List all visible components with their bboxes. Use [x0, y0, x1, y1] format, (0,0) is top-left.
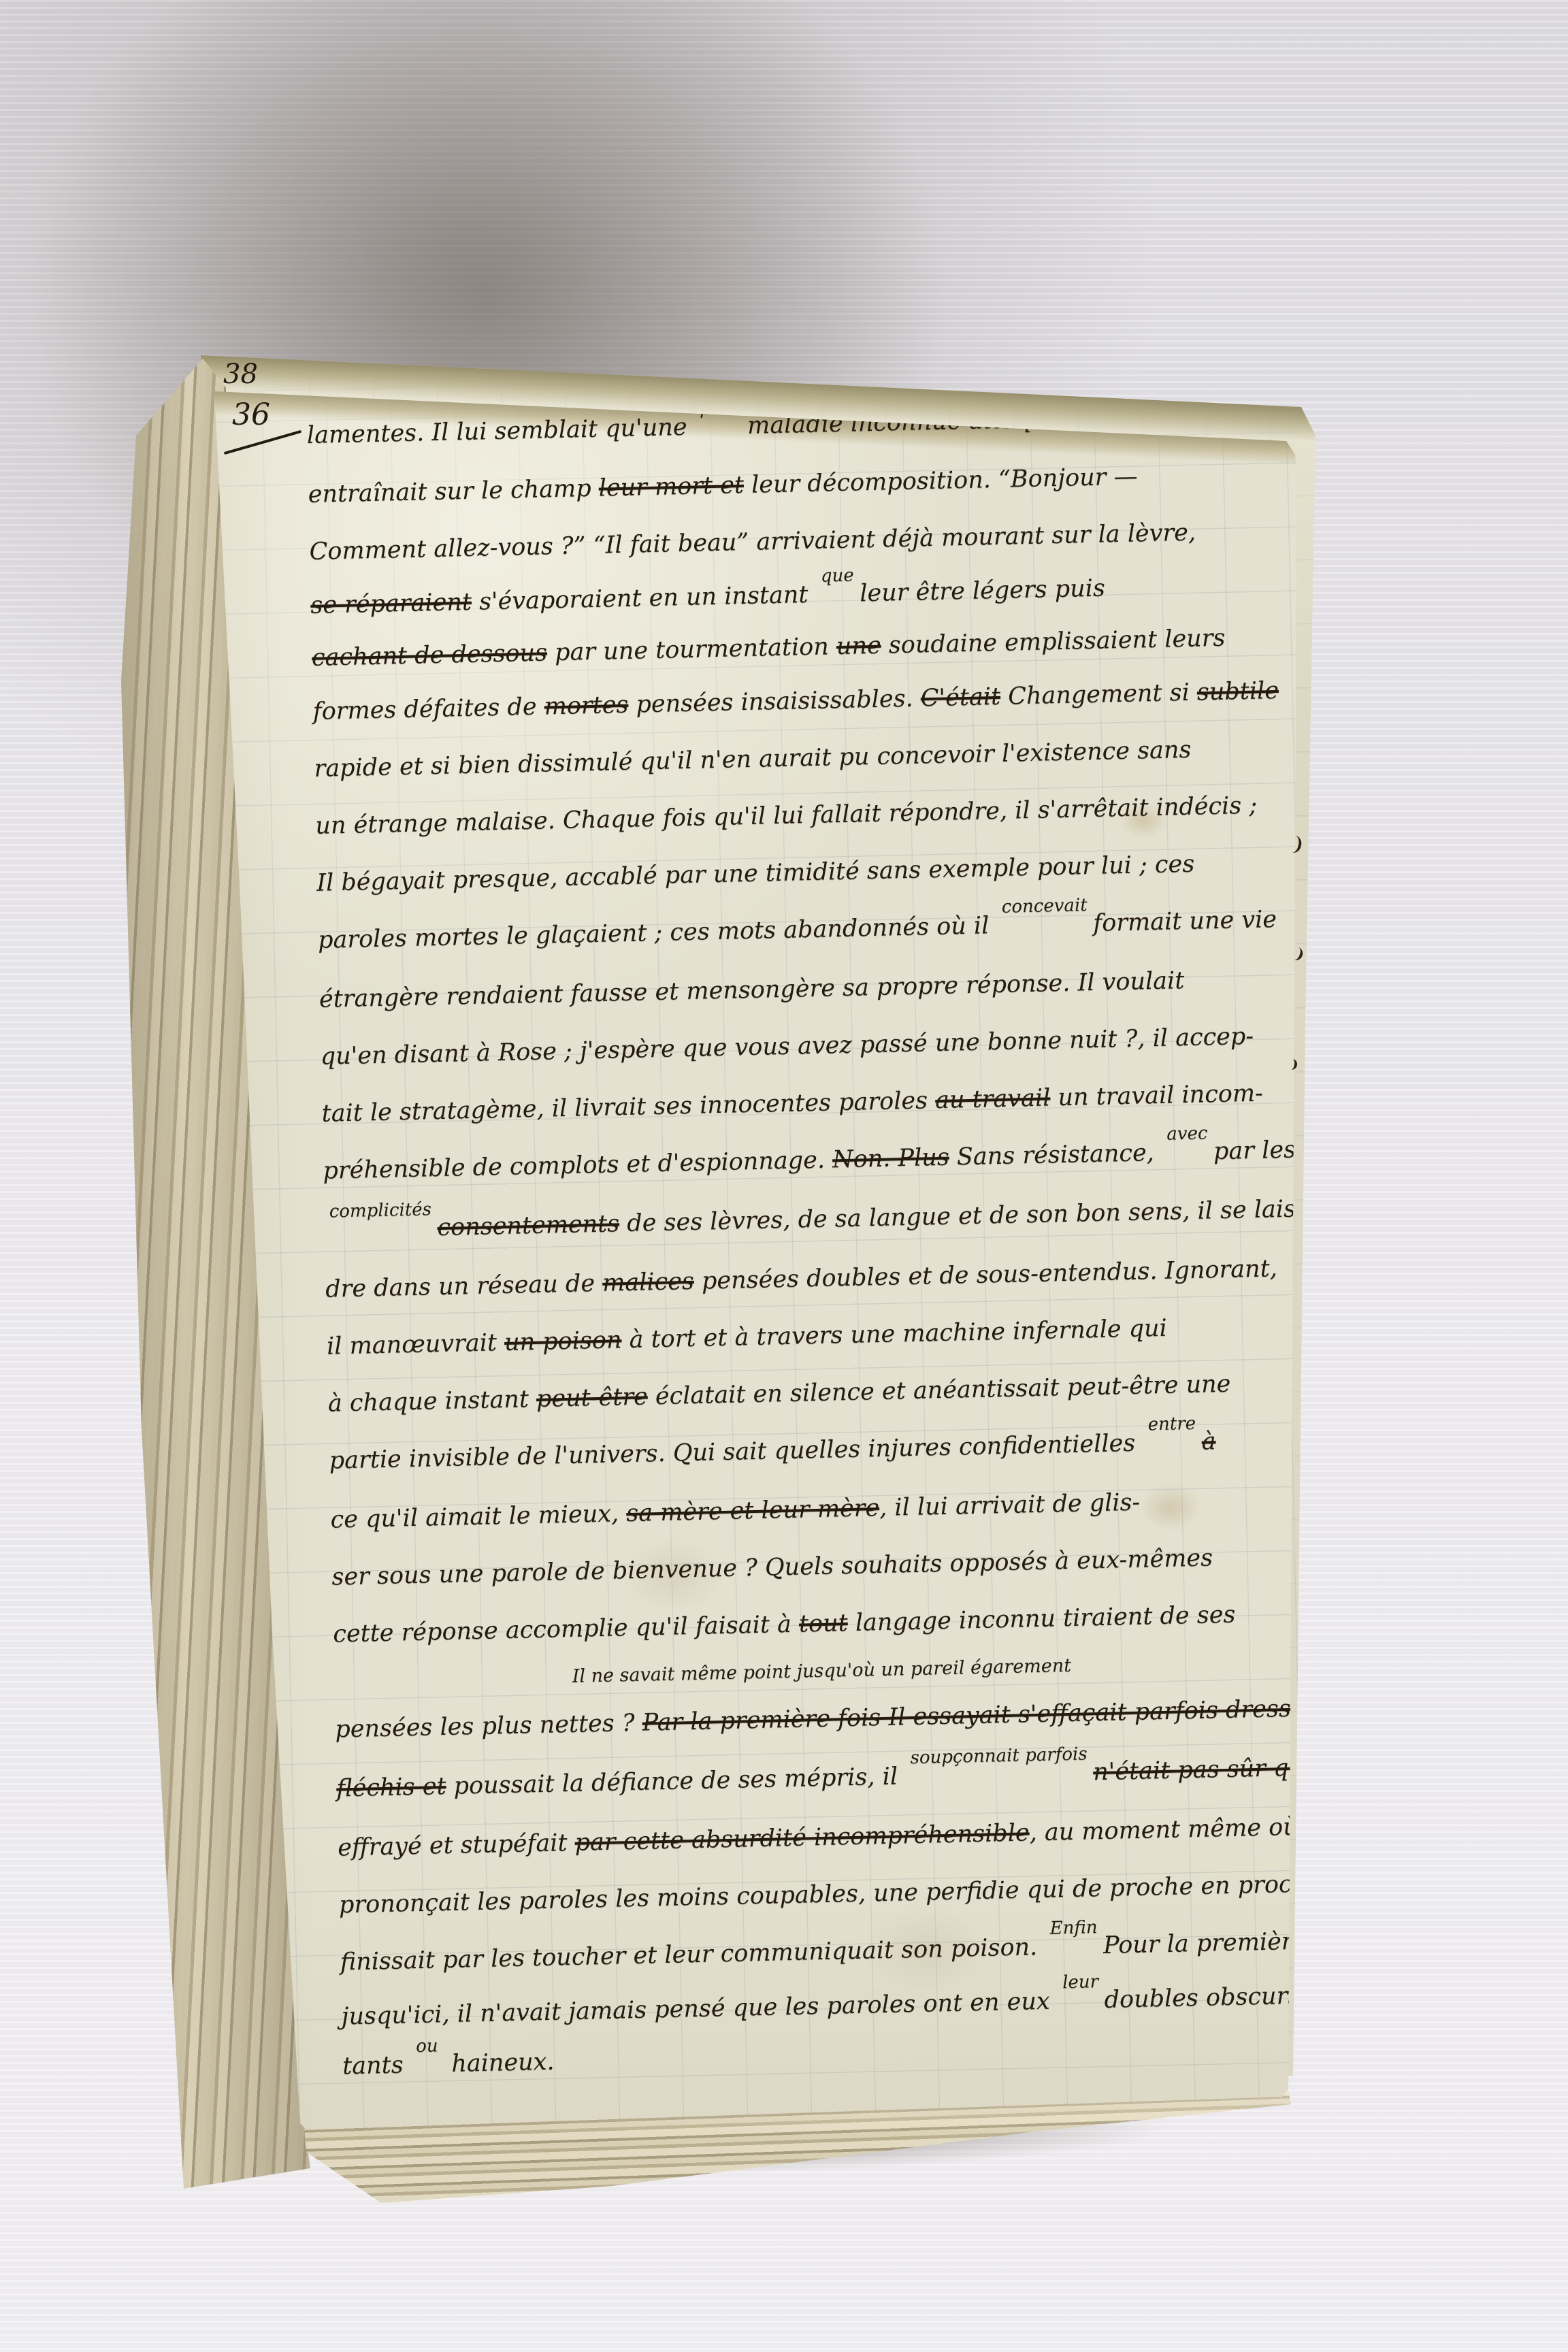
page-number: 36 — [232, 397, 270, 432]
manuscript-text: lamentes. Il lui semblait qu'une pourmal… — [306, 384, 1405, 2092]
manuscript-page: 36 lamentes. Il lui semblait qu'une pour… — [214, 354, 1317, 2205]
back-page-number: 38 — [223, 359, 258, 390]
photo-of-manuscript: { "photo": { "backdrop_color": "#e9e7ec"… — [0, 0, 1568, 2352]
